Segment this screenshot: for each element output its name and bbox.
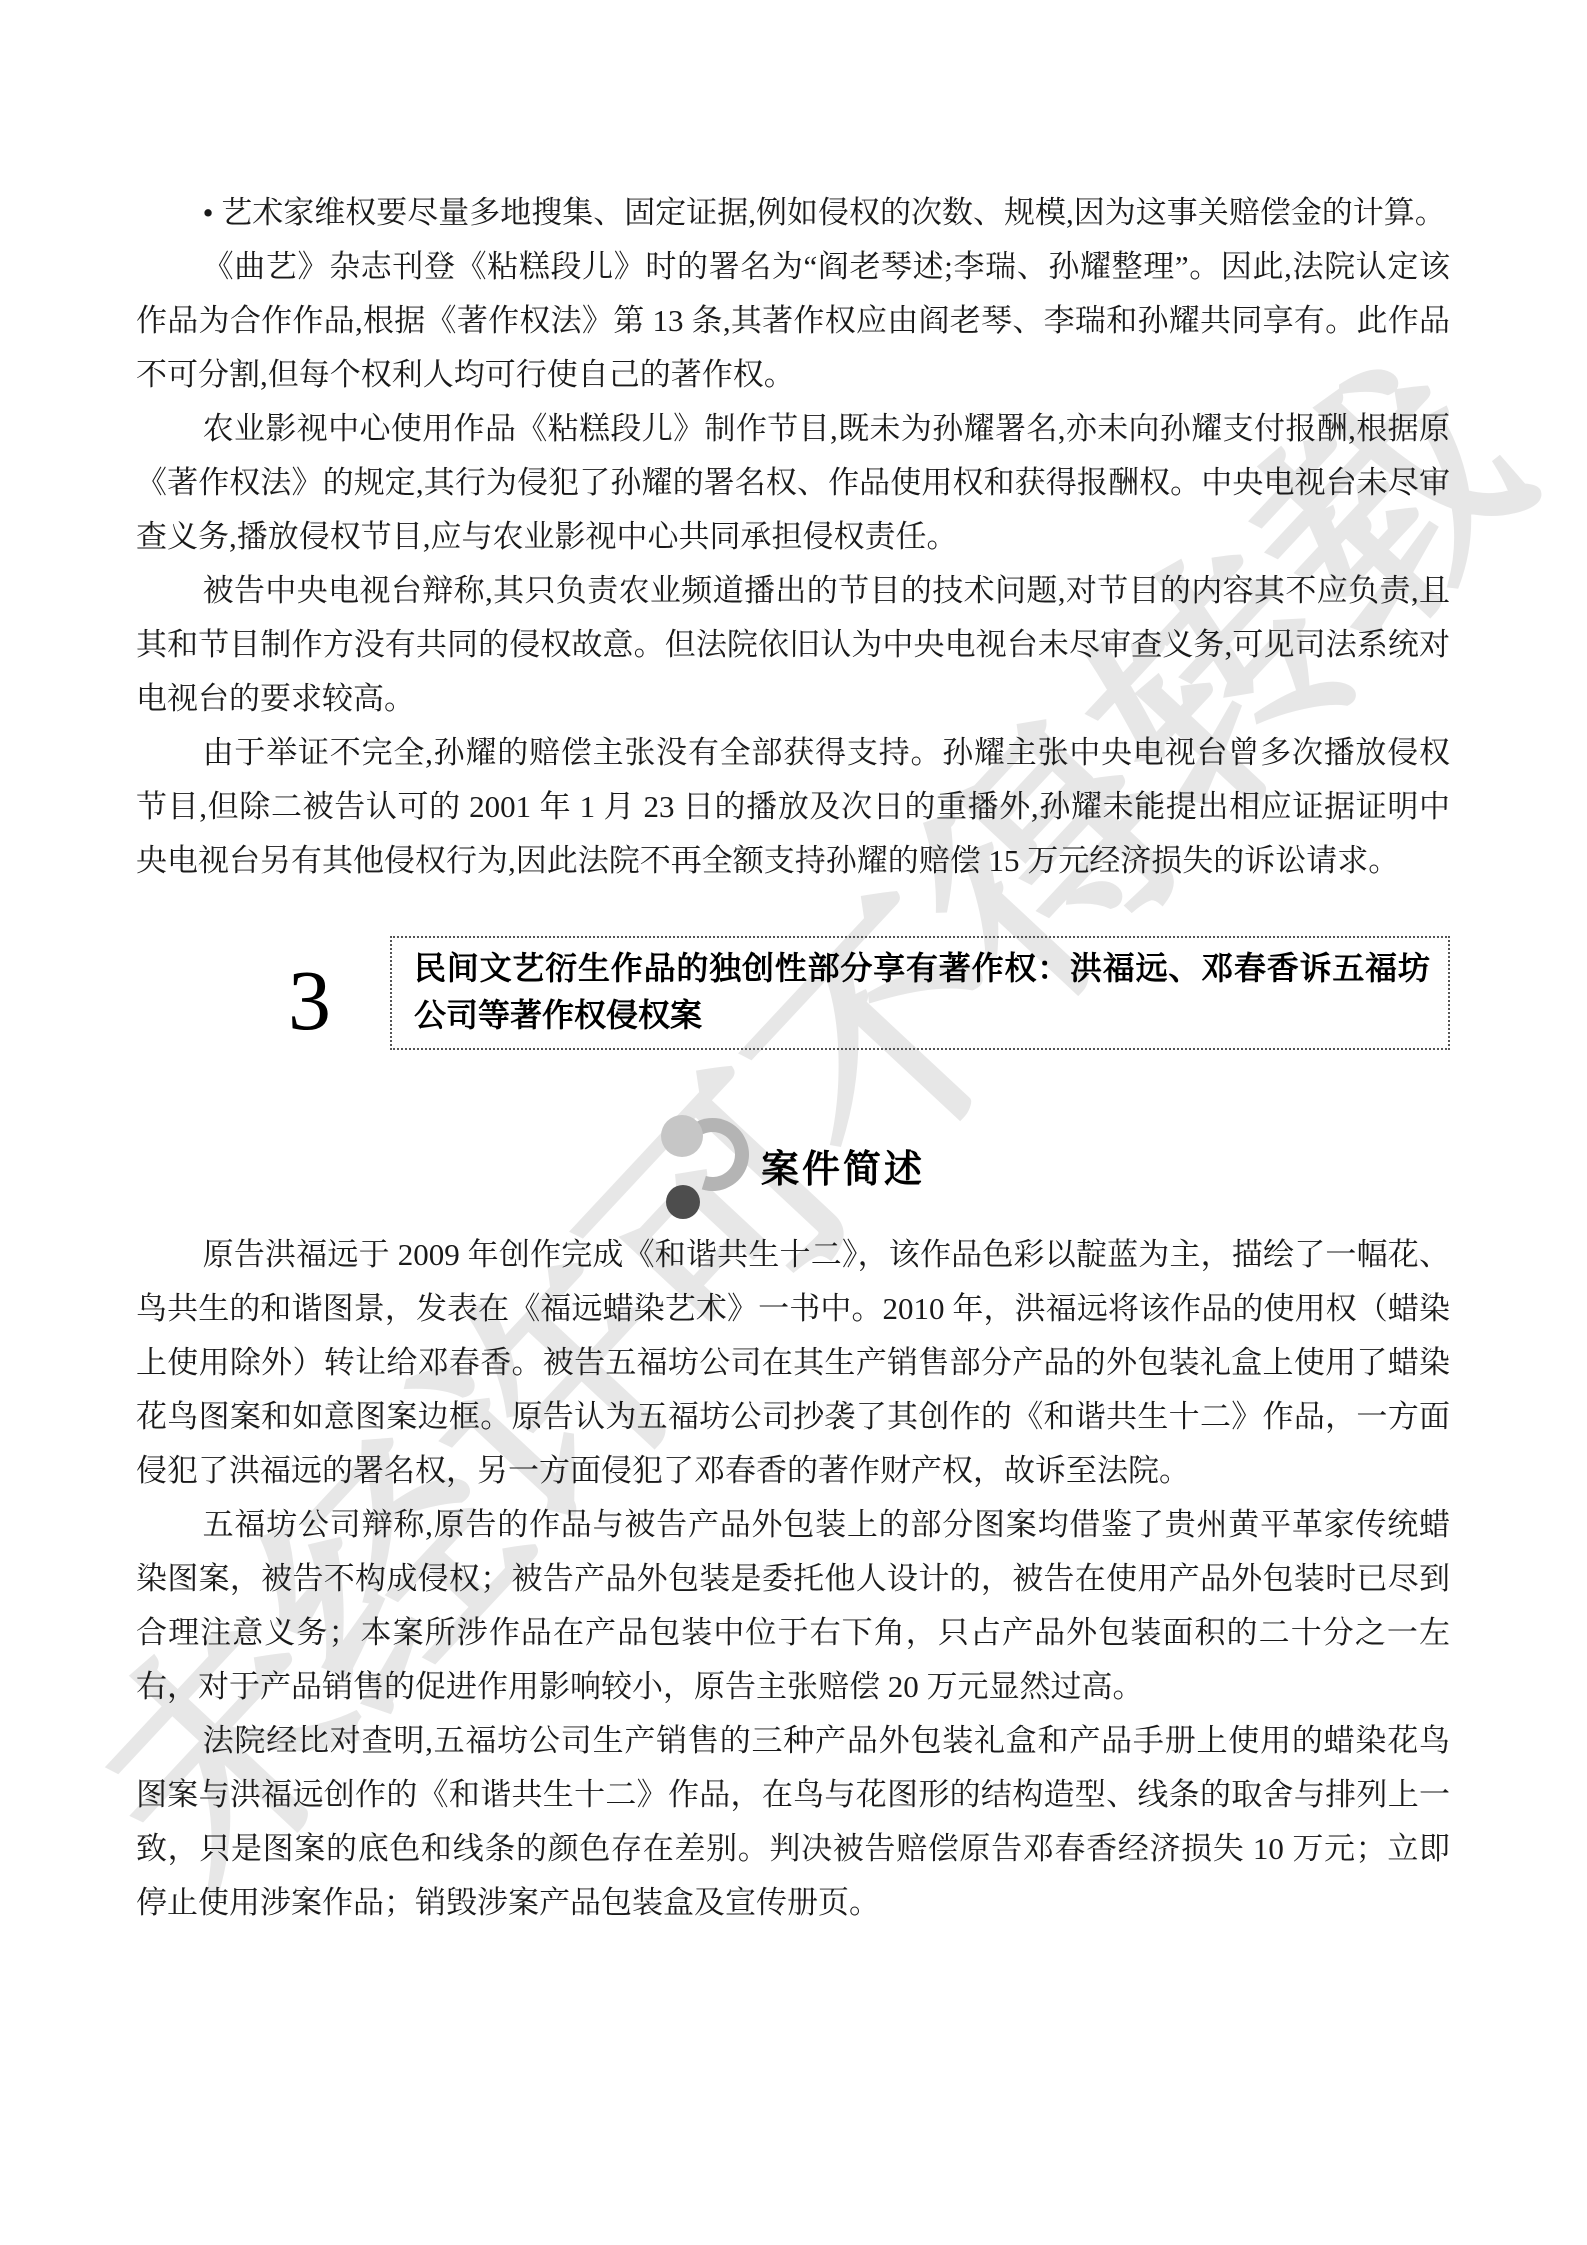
section-heading: 3 民间文艺衍生作品的独创性部分享有著作权：洪福远、邓春香诉五福坊公司等著作权侵…	[136, 936, 1450, 1050]
light-dot-icon	[661, 1115, 703, 1157]
paragraph: 被告中央电视台辩称,其只负责农业频道播出的节目的技术问题,对节目的内容其不应负责…	[136, 564, 1450, 726]
section-title-box: 民间文艺衍生作品的独创性部分享有著作权：洪福远、邓春香诉五福坊公司等著作权侵权案	[390, 936, 1450, 1050]
paragraph: 法院经比对查明,五福坊公司生产销售的三种产品外包装礼盒和产品手册上使用的蜡染花鸟…	[136, 1714, 1450, 1930]
intro-text-block: • 艺术家维权要尽量多地搜集、固定证据,例如侵权的次数、规模,因为这事关赔偿金的…	[136, 186, 1450, 888]
page-content: • 艺术家维权要尽量多地搜集、固定证据,例如侵权的次数、规模,因为这事关赔偿金的…	[136, 0, 1450, 1930]
paragraph: 农业影视中心使用作品《粘糕段儿》制作节目,既未为孙耀署名,亦未向孙耀支付报酬,根…	[136, 402, 1450, 564]
bullet-marker: •	[203, 195, 214, 230]
case-summary-header: 案件简述	[136, 1114, 1450, 1222]
paragraph: 五福坊公司辩称,原告的作品与被告产品外包装上的部分图案均借鉴了贵州黄平革家传统蜡…	[136, 1498, 1450, 1714]
case-summary-title: 案件简述	[761, 1138, 925, 1193]
section-number-cell: 3	[136, 936, 390, 1050]
paragraph: 由于举证不完全,孙耀的赔偿主张没有全部获得支持。孙耀主张中央电视台曾多次播放侵权…	[136, 726, 1450, 888]
case-summary-text-block: 原告洪福远于 2009 年创作完成《和谐共生十二》，该作品色彩以靛蓝为主，描绘了…	[136, 1228, 1450, 1930]
bullet-text: 艺术家维权要尽量多地搜集、固定证据,例如侵权的次数、规模,因为这事关赔偿金的计算…	[221, 195, 1446, 230]
document-page: 未经许可不得转载 • 艺术家维权要尽量多地搜集、固定证据,例如侵权的次数、规模,…	[0, 0, 1587, 2245]
paragraph: 原告洪福远于 2009 年创作完成《和谐共生十二》，该作品色彩以靛蓝为主，描绘了…	[136, 1228, 1450, 1498]
dark-dot-icon	[666, 1185, 700, 1219]
bullet-paragraph: • 艺术家维权要尽量多地搜集、固定证据,例如侵权的次数、规模,因为这事关赔偿金的…	[136, 186, 1450, 240]
section-number: 3	[288, 943, 331, 1043]
case-summary-icon	[661, 1115, 753, 1221]
section-title: 民间文艺衍生作品的独创性部分享有著作权：洪福远、邓春香诉五福坊公司等著作权侵权案	[414, 950, 1430, 1033]
paragraph: 《曲艺》杂志刊登《粘糕段儿》时的署名为“阎老琴述;李瑞、孙耀整理”。因此,法院认…	[136, 240, 1450, 402]
